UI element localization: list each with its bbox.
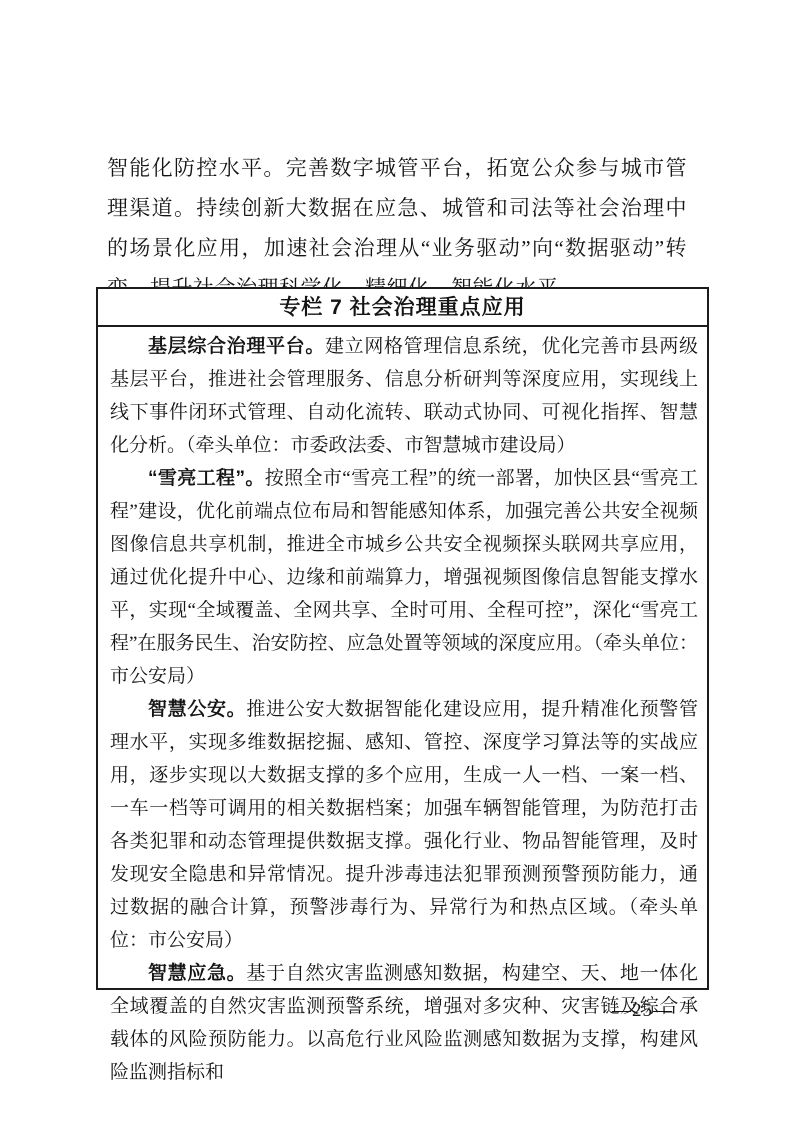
paragraph-lead: 智慧应急。	[148, 963, 246, 984]
paragraph-text: 推进公安大数据智能化建设应用，提升精准化预警管理水平，实现多维数据挖掘、感知、管…	[110, 699, 698, 951]
box-paragraph-sharp-eyes-project: “雪亮工程”。按照全市“雪亮工程”的统一部署，加快区县“雪亮工程”建设，优化前端…	[110, 462, 698, 693]
page-number: —25—	[612, 1000, 673, 1022]
box-paragraph-grassroots-governance: 基层综合治理平台。建立网格管理信息系统，优化完善市县两级基层平台，推进社会管理服…	[110, 330, 698, 462]
box-paragraph-smart-emergency: 智慧应急。基于自然灾害监测感知数据，构建空、天、地一体化全域覆盖的自然灾害监测预…	[110, 957, 698, 1089]
paragraph-lead: “雪亮工程”。	[148, 468, 265, 489]
box-body: 基层综合治理平台。建立网格管理信息系统，优化完善市县两级基层平台，推进社会管理服…	[98, 327, 707, 1089]
paragraph-lead: 基层综合治理平台。	[148, 336, 325, 357]
paragraph-text: 按照全市“雪亮工程”的统一部署，加快区县“雪亮工程”建设，优化前端点位布局和智能…	[110, 468, 698, 687]
paragraph-lead: 智慧公安。	[148, 699, 246, 720]
intro-paragraph: 智能化防控水平。完善数字城管平台，拓宽公众参与城市管理渠道。持续创新大数据在应急…	[107, 148, 687, 308]
box-title: 专栏 7 社会治理重点应用	[98, 289, 707, 327]
box-paragraph-smart-police: 智慧公安。推进公安大数据智能化建设应用，提升精准化预警管理水平，实现多维数据挖掘…	[110, 693, 698, 957]
document-page: 智能化防控水平。完善数字城管平台，拓宽公众参与城市管理渠道。持续创新大数据在应急…	[0, 0, 793, 1122]
spotlight-box: 专栏 7 社会治理重点应用 基层综合治理平台。建立网格管理信息系统，优化完善市县…	[96, 287, 709, 990]
